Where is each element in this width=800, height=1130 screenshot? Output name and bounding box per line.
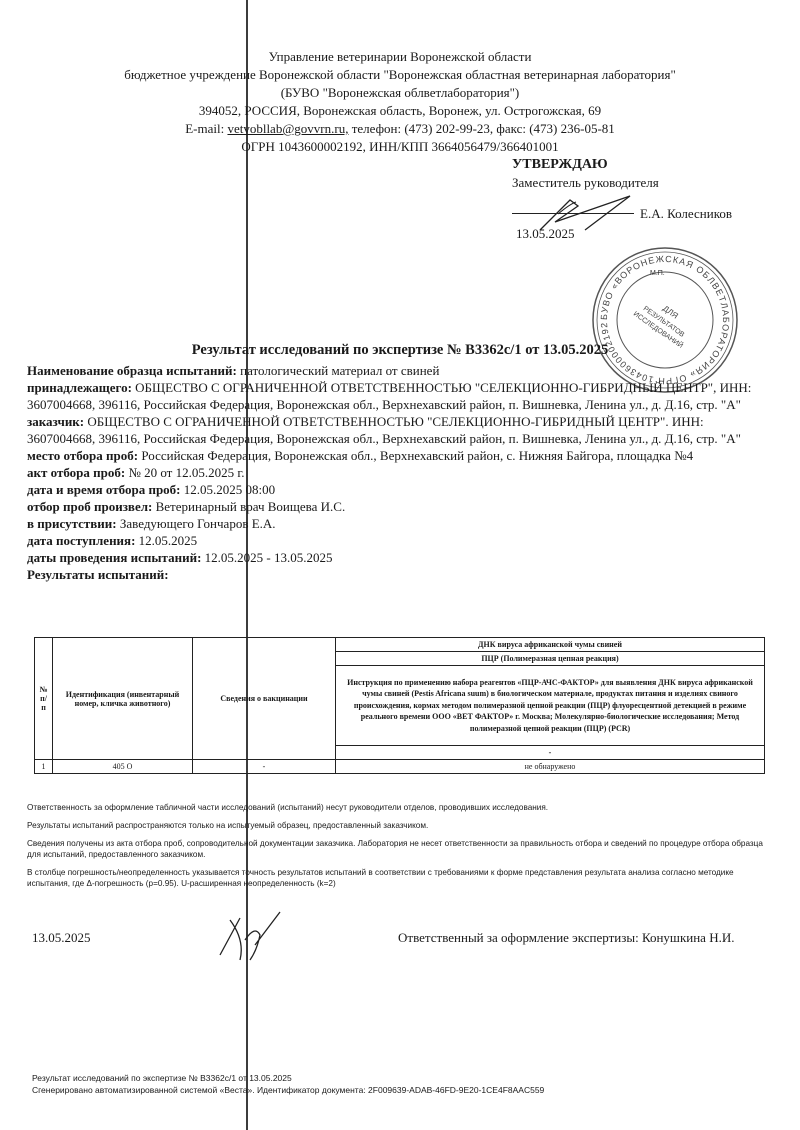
footer-reference: Результат исследований по экспертизе № В… xyxy=(32,1072,544,1084)
field-sampling-datetime: дата и время отбора проб: 12.05.2025 08:… xyxy=(27,481,772,498)
header-authority: Управление ветеринарии Воронежской облас… xyxy=(0,48,800,66)
email-label: E-mail: xyxy=(185,121,224,136)
field-receipt-date: дата поступления: 12.05.2025 xyxy=(27,532,772,549)
footer-generated-id: Сгенерировано автоматизированной системо… xyxy=(32,1084,544,1096)
note-scope: Результаты испытаний распространяются то… xyxy=(27,820,777,831)
responsible-person: Ответственный за оформление экспертизы: … xyxy=(398,930,734,946)
signoff-date: 13.05.2025 xyxy=(32,930,91,946)
field-sampling-act: акт отбора проб: № 20 от 12.05.2025 г. xyxy=(27,464,772,481)
approver-name: Е.А. Колесников xyxy=(640,206,732,222)
sample-info: Наименование образца испытаний: патологи… xyxy=(27,362,772,583)
results-table: № п/п Идентификация (инвентарный номер, … xyxy=(34,637,765,774)
header-institution: бюджетное учреждение Воронежской области… xyxy=(0,66,800,84)
signature-line xyxy=(512,213,634,214)
header-registration: ОГРН 1043600002192, ИНН/КПП 3664056479/3… xyxy=(0,138,800,156)
result-value: не обнаружено xyxy=(336,760,765,774)
phone-fax: телефон: (473) 202-99-23, факс: (473) 23… xyxy=(352,121,615,136)
table-row: 1 405 О - не обнаружено xyxy=(35,760,765,774)
field-customer: заказчик: ОБЩЕСТВО С ОГРАНИЧЕННОЙ ОТВЕТС… xyxy=(27,413,772,447)
col-header-method: ПЦР (Полимеразная цепная реакция) xyxy=(336,652,765,666)
field-sampled-by: отбор проб произвел: Ветеринарный врач В… xyxy=(27,498,772,515)
field-results-heading: Результаты испытаний: xyxy=(27,566,772,583)
note-responsibility: Ответственность за оформление табличной … xyxy=(27,802,777,813)
table-header-row: № п/п Идентификация (инвентарный номер, … xyxy=(35,638,765,652)
col-header-indicator: ДНК вируса африканской чумы свиней xyxy=(336,638,765,652)
field-test-dates: даты проведения испытаний: 12.05.2025 - … xyxy=(27,549,772,566)
header-contacts: E-mail: vetvobllab@govvrn.ru, телефон: (… xyxy=(0,120,800,138)
approval-position: Заместитель руководителя xyxy=(512,174,659,192)
field-owner: принадлежащего: ОБЩЕСТВО С ОГРАНИЧЕННОЙ … xyxy=(27,379,772,413)
field-sample-name: Наименование образца испытаний: патологи… xyxy=(27,362,772,379)
note-source: Сведения получены из акта отбора проб, с… xyxy=(27,838,777,860)
approval-title: УТВЕРЖДАЮ xyxy=(512,156,659,174)
email-link[interactable]: vetvobllab@govvrn.ru, xyxy=(227,121,348,136)
col-header-unit: - xyxy=(336,746,765,760)
approval-date: 13.05.2025 xyxy=(516,226,575,242)
col-header-vaccination: Сведения о вакцинации xyxy=(193,638,336,760)
svg-text:М.П.: М.П. xyxy=(650,270,665,277)
header-address: 394052, РОССИЯ, Воронежская область, Вор… xyxy=(0,102,800,120)
col-header-number: № п/п xyxy=(35,638,53,760)
col-header-identification: Идентификация (инвентарный номер, кличка… xyxy=(53,638,193,760)
note-uncertainty: В столбце погрешность/неопределенность у… xyxy=(27,867,777,889)
field-witness: в присутствии: Заведующего Гончаров Е.А. xyxy=(27,515,772,532)
approval-block: УТВЕРЖДАЮ Заместитель руководителя xyxy=(512,156,659,192)
document-title: Результат исследований по экспертизе № В… xyxy=(0,342,800,359)
col-header-ntd: Инструкция по применению набора реагенто… xyxy=(336,666,765,746)
field-sampling-place: место отбора проб: Российская Федерация,… xyxy=(27,447,772,464)
document-footer: Результат исследований по экспертизе № В… xyxy=(32,1072,544,1096)
responsible-signature-icon xyxy=(215,910,285,965)
notes-section: Ответственность за оформление табличной … xyxy=(27,802,777,896)
header-short-name: (БУВО "Воронежская облветлаборатория") xyxy=(0,84,800,102)
